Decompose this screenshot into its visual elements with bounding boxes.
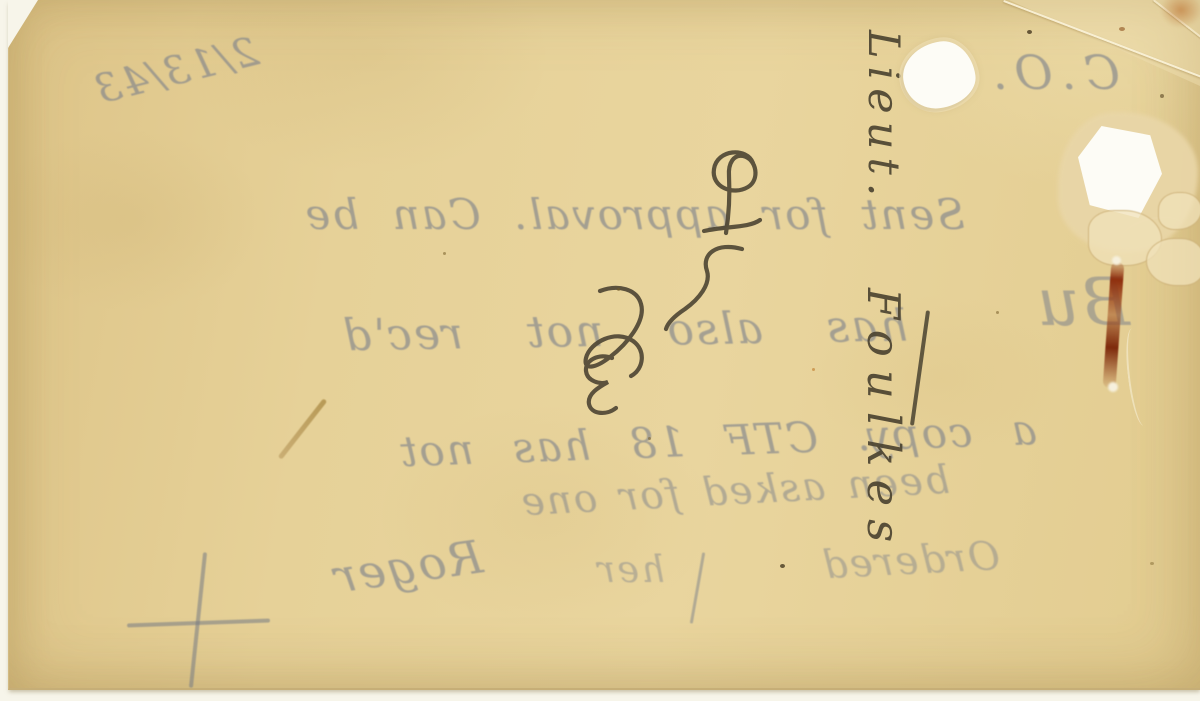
paper-speck <box>812 368 815 371</box>
paper-speck <box>996 311 999 314</box>
paper-speck <box>443 252 446 255</box>
bleedthrough-word: her <box>555 548 665 591</box>
bleedthrough-addressee: C.O. <box>980 46 1120 101</box>
paper-speck <box>648 437 651 440</box>
paper-speck <box>1160 94 1164 98</box>
paper-flake <box>1146 238 1200 286</box>
bleedthrough-line: Sent for approval. Can be <box>85 190 965 239</box>
pencil-name-line2: Foulkes <box>857 288 910 555</box>
scanned-note-card: 2/13/43 C.O. Sent for approval. Can be h… <box>0 0 1200 701</box>
paper-speck <box>1150 562 1154 565</box>
paper-speck <box>617 288 620 291</box>
paper-speck <box>1119 27 1125 31</box>
rust-stain-glint <box>1108 382 1118 392</box>
paper-speck <box>780 564 785 568</box>
rust-stain-glint <box>1112 256 1121 265</box>
paper-flake <box>1158 192 1200 230</box>
paper-speck <box>1027 30 1032 34</box>
pencil-name-line1: Lieut. <box>858 30 908 204</box>
